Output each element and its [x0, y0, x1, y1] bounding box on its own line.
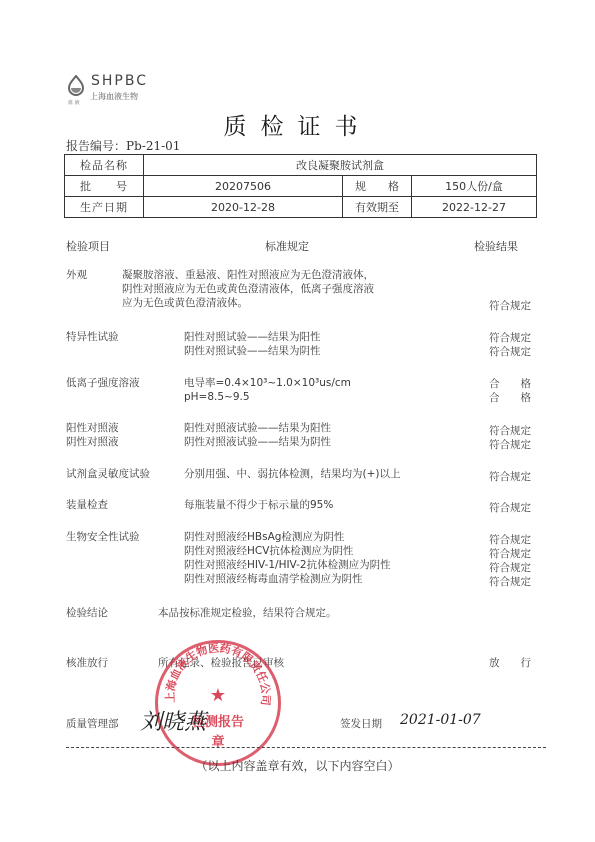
result-line: 符合规定	[470, 331, 550, 345]
column-header-result: 检验结果	[474, 238, 518, 254]
result-line: 符合规定	[470, 424, 550, 438]
signature: 刘晓燕	[140, 705, 206, 736]
test-result: 符合规定 符合规定	[470, 424, 550, 452]
result-line: 符合规定	[470, 547, 550, 561]
test-standard: 阴性对照液经HBsAg检测应为阴性 阴性对照液经HCV抗体检测应为阴性 阴性对照…	[184, 530, 391, 586]
standard-line: 阴性对照液试验——结果为阴性	[184, 435, 331, 449]
company-logo: SHPBC 上海血液生物 血 液	[66, 73, 176, 107]
standard-line: 阴性对照液经HBsAg检测应为阴性	[184, 530, 391, 544]
item-line: 阳性对照液	[66, 421, 119, 435]
test-result: 合 格 合 格	[470, 377, 550, 405]
result-line: 符合规定	[470, 533, 550, 547]
conclusion-label: 检验结论	[66, 606, 108, 620]
test-item: 生物安全性试验	[66, 530, 140, 544]
test-result: 符合规定 符合规定	[470, 331, 550, 359]
standard-line: 阳性对照液试验——结果为阳性	[184, 421, 331, 435]
batch-value: 20207506	[144, 176, 343, 197]
result-line: 符合规定	[470, 345, 550, 359]
test-standard: 阳性对照液试验——结果为阳性 阴性对照液试验——结果为阴性	[184, 421, 331, 449]
quality-dept-label: 质量管理部	[66, 717, 119, 731]
test-item: 特异性试验	[66, 330, 119, 344]
result-line: 符合规定	[470, 561, 550, 575]
test-result: 符合规定	[470, 501, 550, 515]
expiry-value: 2022-12-27	[412, 197, 537, 218]
report-no-label: 报告编号：	[66, 139, 126, 153]
test-standard: 分别用强、中、弱抗体检测，结果均为(+)以上	[184, 467, 401, 481]
result-line: 合 格	[470, 377, 550, 391]
logo-en-text: SHPBC	[91, 73, 148, 89]
issue-date-value: 2021-01-07	[400, 712, 481, 728]
standard-line: 应为无色或黄色澄清液体。	[122, 296, 374, 310]
test-item: 试剂盒灵敏度试验	[66, 467, 150, 481]
product-info-table: 检品名称 改良凝聚胺试剂盒 批 号 20207506 规 格 150人份/盒 生…	[64, 154, 537, 218]
standard-line: pH=8.5~9.5	[184, 390, 351, 404]
svg-text:★: ★	[210, 685, 226, 706]
test-item: 阳性对照液 阴性对照液	[66, 421, 119, 449]
column-header-item: 检验项目	[66, 238, 110, 254]
logo-drop-icon	[66, 75, 86, 97]
test-result: 符合规定	[470, 299, 550, 313]
test-standard: 每瓶装量不得少于标示量的95%	[184, 498, 333, 512]
table-row: 批 号 20207506 规 格 150人份/盒	[65, 176, 537, 197]
standard-line: 电导率=0.4×10³~1.0×10³us/cm	[184, 376, 351, 390]
release-result: 放 行	[470, 656, 550, 670]
test-result: 符合规定	[470, 470, 550, 484]
test-item: 外观	[66, 268, 87, 282]
batch-label: 批 号	[65, 176, 144, 197]
conclusion-text: 本品按标准规定检验，结果符合规定。	[158, 606, 337, 620]
standard-line: 阴性对照试验——结果为阴性	[184, 344, 321, 358]
item-line: 阴性对照液	[66, 435, 119, 449]
release-label: 核准放行	[66, 656, 108, 670]
test-standard: 电导率=0.4×10³~1.0×10³us/cm pH=8.5~9.5	[184, 376, 351, 404]
spec-value: 150人份/盒	[412, 176, 537, 197]
standard-line: 阴性对照液经梅毒血清学检测应为阴性	[184, 572, 391, 586]
column-header-standard: 标准规定	[265, 238, 309, 254]
standard-line: 阴性对照液经HCV抗体检测应为阴性	[184, 544, 391, 558]
test-standard: 阳性对照试验——结果为阳性 阴性对照试验——结果为阴性	[184, 330, 321, 358]
mfg-date-value: 2020-12-28	[144, 197, 343, 218]
report-no-value: Pb-21-01	[126, 139, 180, 153]
standard-line: 凝聚胺溶液、重悬液、阳性对照液应为无色澄清液体，	[122, 268, 374, 282]
result-line: 符合规定	[470, 438, 550, 452]
table-row: 生产日期 2020-12-28 有效期至 2022-12-27	[65, 197, 537, 218]
test-standard: 凝聚胺溶液、重悬液、阳性对照液应为无色澄清液体， 阴性对照液应为无色或黄色澄清液…	[122, 268, 374, 310]
product-name-value: 改良凝聚胺试剂盒	[144, 155, 537, 176]
test-item: 装量检查	[66, 498, 108, 512]
product-name-label: 检品名称	[65, 155, 144, 176]
logo-cn-text: 上海血液生物	[90, 91, 138, 102]
expiry-label: 有效期至	[343, 197, 412, 218]
standard-line: 阴性对照液应为无色或黄色澄清液体，低离子强度溶液	[122, 282, 374, 296]
result-line: 符合规定	[470, 575, 550, 589]
standard-line: 阴性对照液经HIV-1/HIV-2抗体检测应为阴性	[184, 558, 391, 572]
mfg-date-label: 生产日期	[65, 197, 144, 218]
report-number: 报告编号：Pb-21-01	[66, 137, 180, 154]
logo-small-text: 血 液	[68, 99, 80, 106]
table-row: 检品名称 改良凝聚胺试剂盒	[65, 155, 537, 176]
test-item: 低离子强度溶液	[66, 376, 140, 390]
standard-line: 阳性对照试验——结果为阳性	[184, 330, 321, 344]
spec-label: 规 格	[343, 176, 412, 197]
result-line: 合 格	[470, 391, 550, 405]
test-result: 符合规定 符合规定 符合规定 符合规定	[470, 533, 550, 589]
issue-date-label: 签发日期	[340, 717, 382, 731]
footer-note: （以上内容盖章有效，以下内容空白）	[0, 757, 595, 774]
divider-dashed	[66, 747, 546, 748]
